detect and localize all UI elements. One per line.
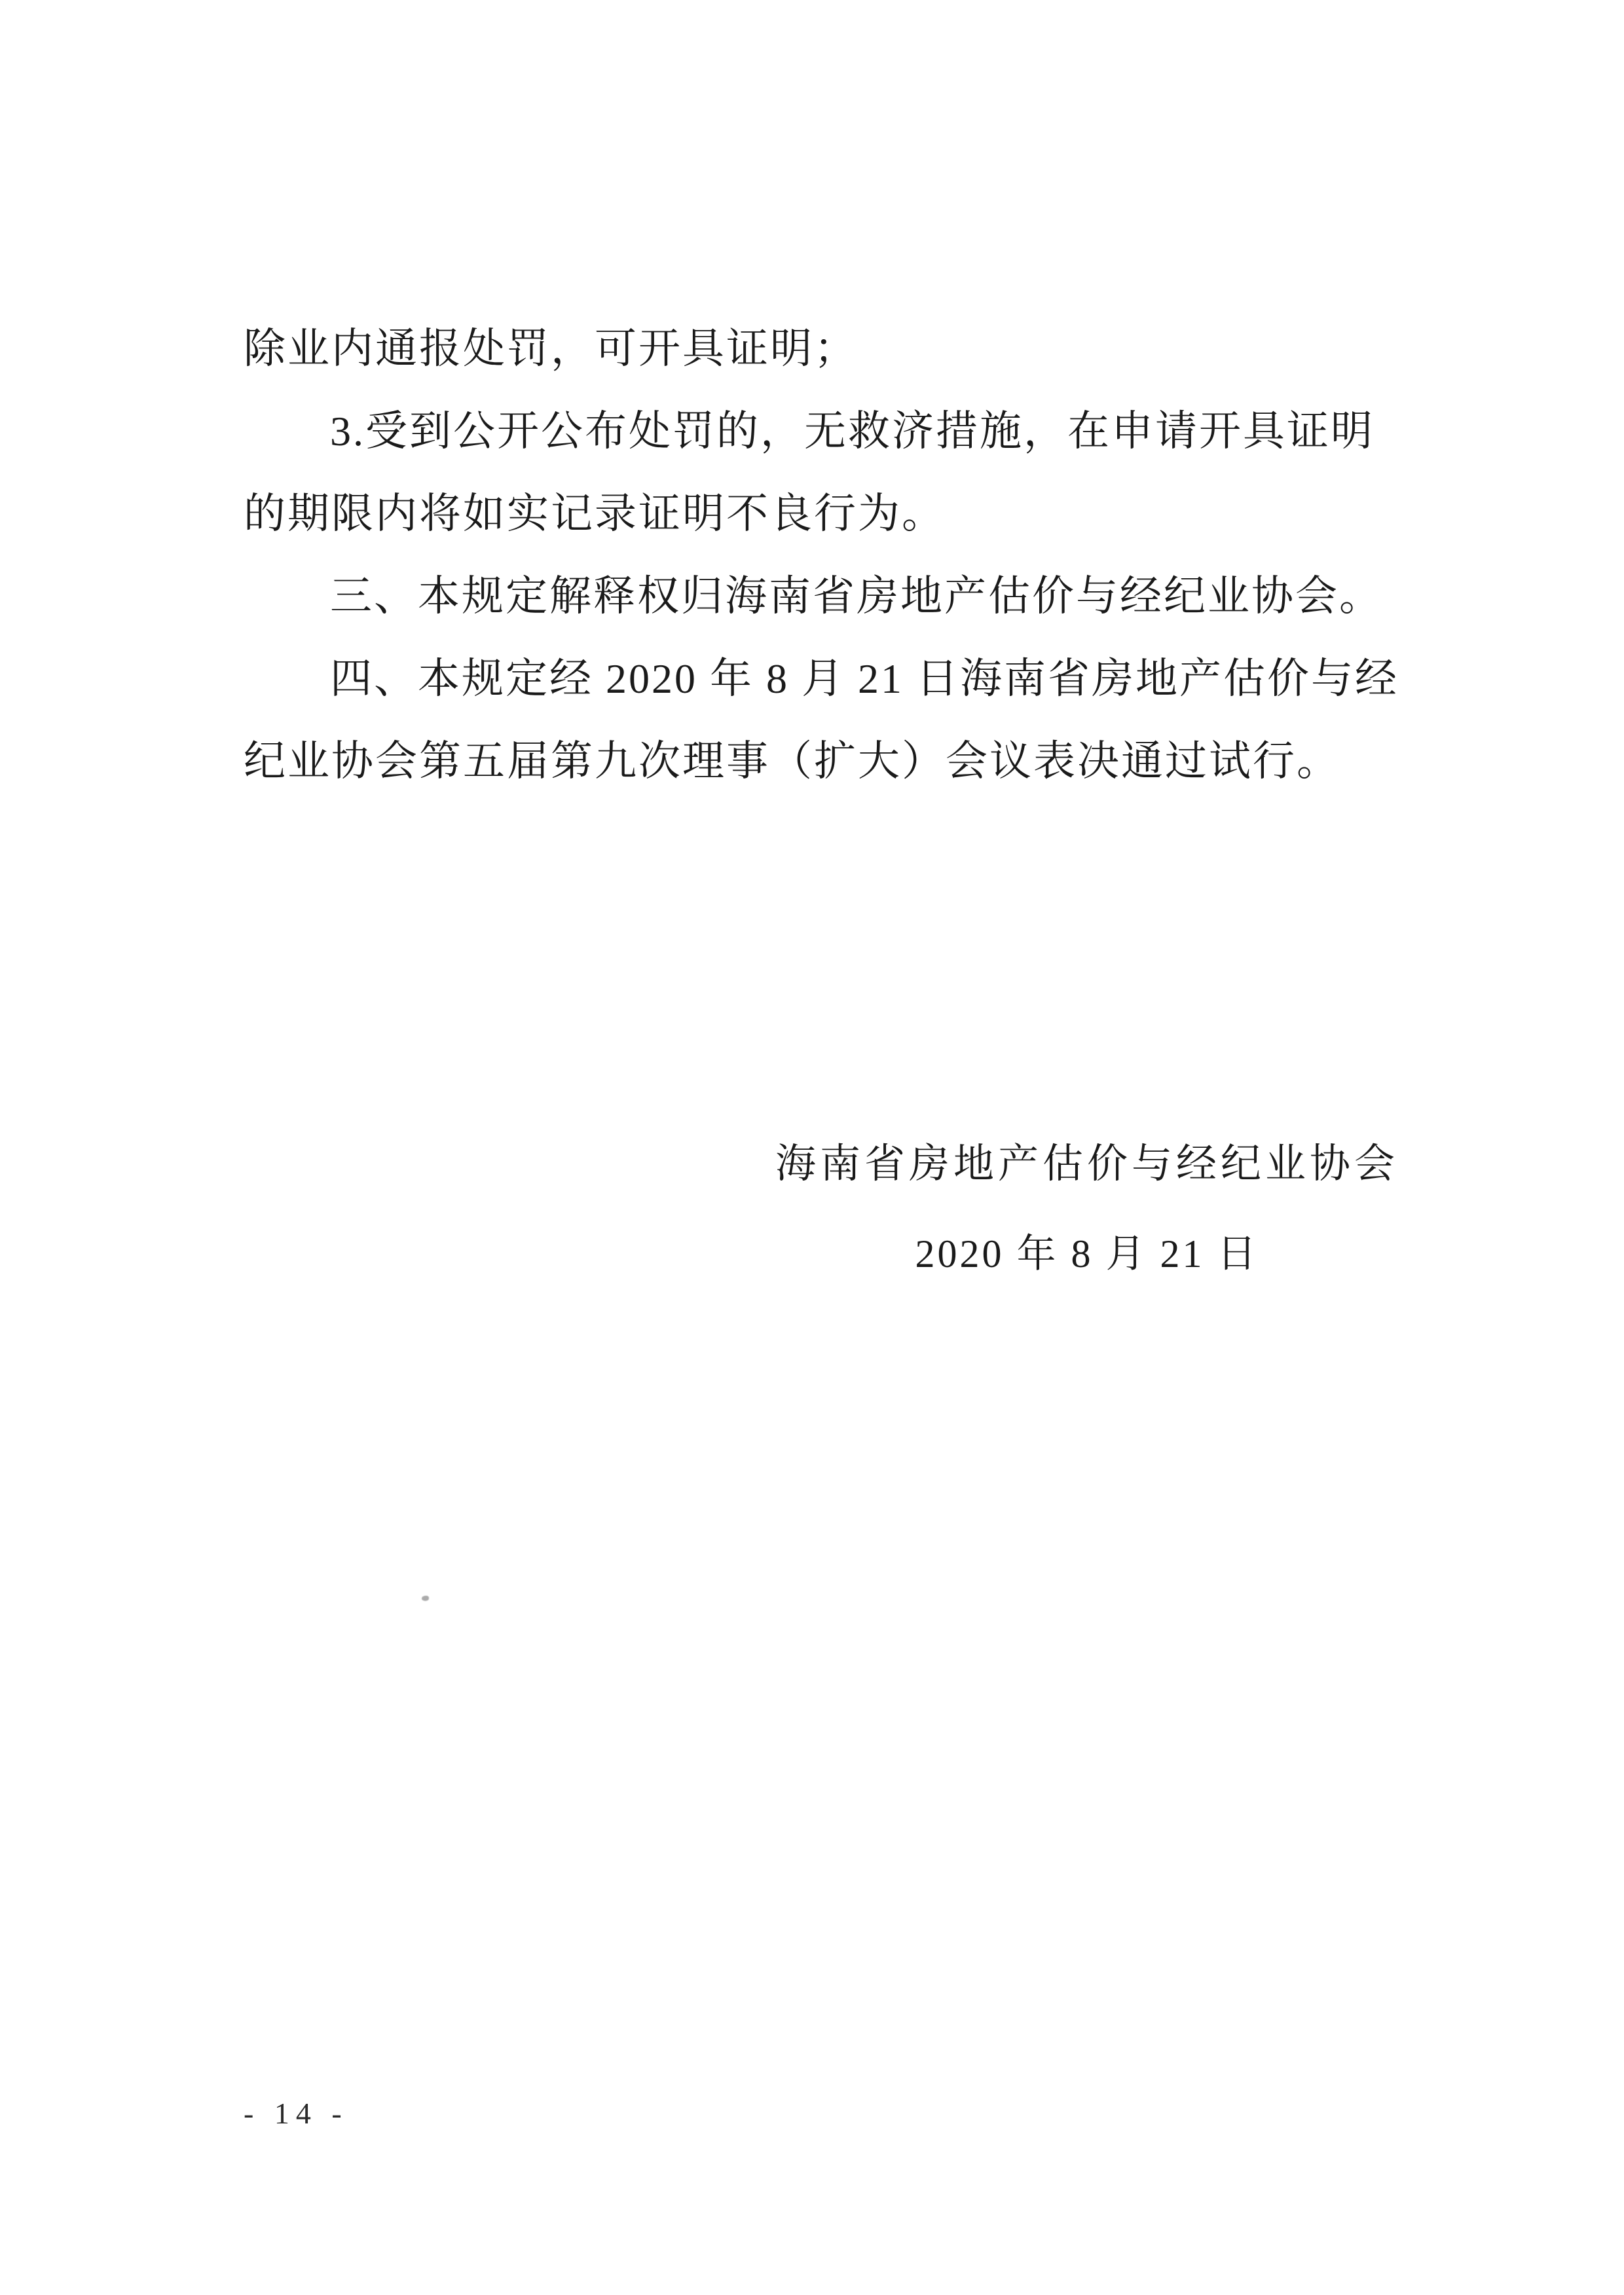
signature-block: 海南省房地产估价与经纪业协会 2020 年 8 月 21 日 xyxy=(694,1139,1480,1276)
signature-organization: 海南省房地产估价与经纪业协会 xyxy=(694,1139,1480,1189)
body-line: 三、本规定解释权归海南省房地产估价与经纪业协会。 xyxy=(244,555,1422,638)
body-line: 3.受到公开公布处罚的，无救济措施，在申请开具证明 xyxy=(244,390,1422,473)
document-page: 除业内通报处罚，可开具证明； 3.受到公开公布处罚的，无救济措施，在申请开具证明… xyxy=(0,0,1624,2295)
body-line: 的期限内将如实记录证明不良行为。 xyxy=(244,473,1422,555)
body-line: 纪业协会第五届第九次理事（扩大）会议表决通过试行。 xyxy=(244,720,1422,803)
scan-artifact-dot xyxy=(422,1596,429,1601)
body-line: 四、本规定经 2020 年 8 月 21 日海南省房地产估价与经 xyxy=(244,638,1422,720)
body-line: 除业内通报处罚，可开具证明； xyxy=(244,308,1422,390)
page-number: - 14 - xyxy=(244,2095,348,2132)
signature-date: 2020 年 8 月 21 日 xyxy=(694,1232,1480,1276)
document-body: 除业内通报处罚，可开具证明； 3.受到公开公布处罚的，无救济措施，在申请开具证明… xyxy=(244,308,1422,803)
